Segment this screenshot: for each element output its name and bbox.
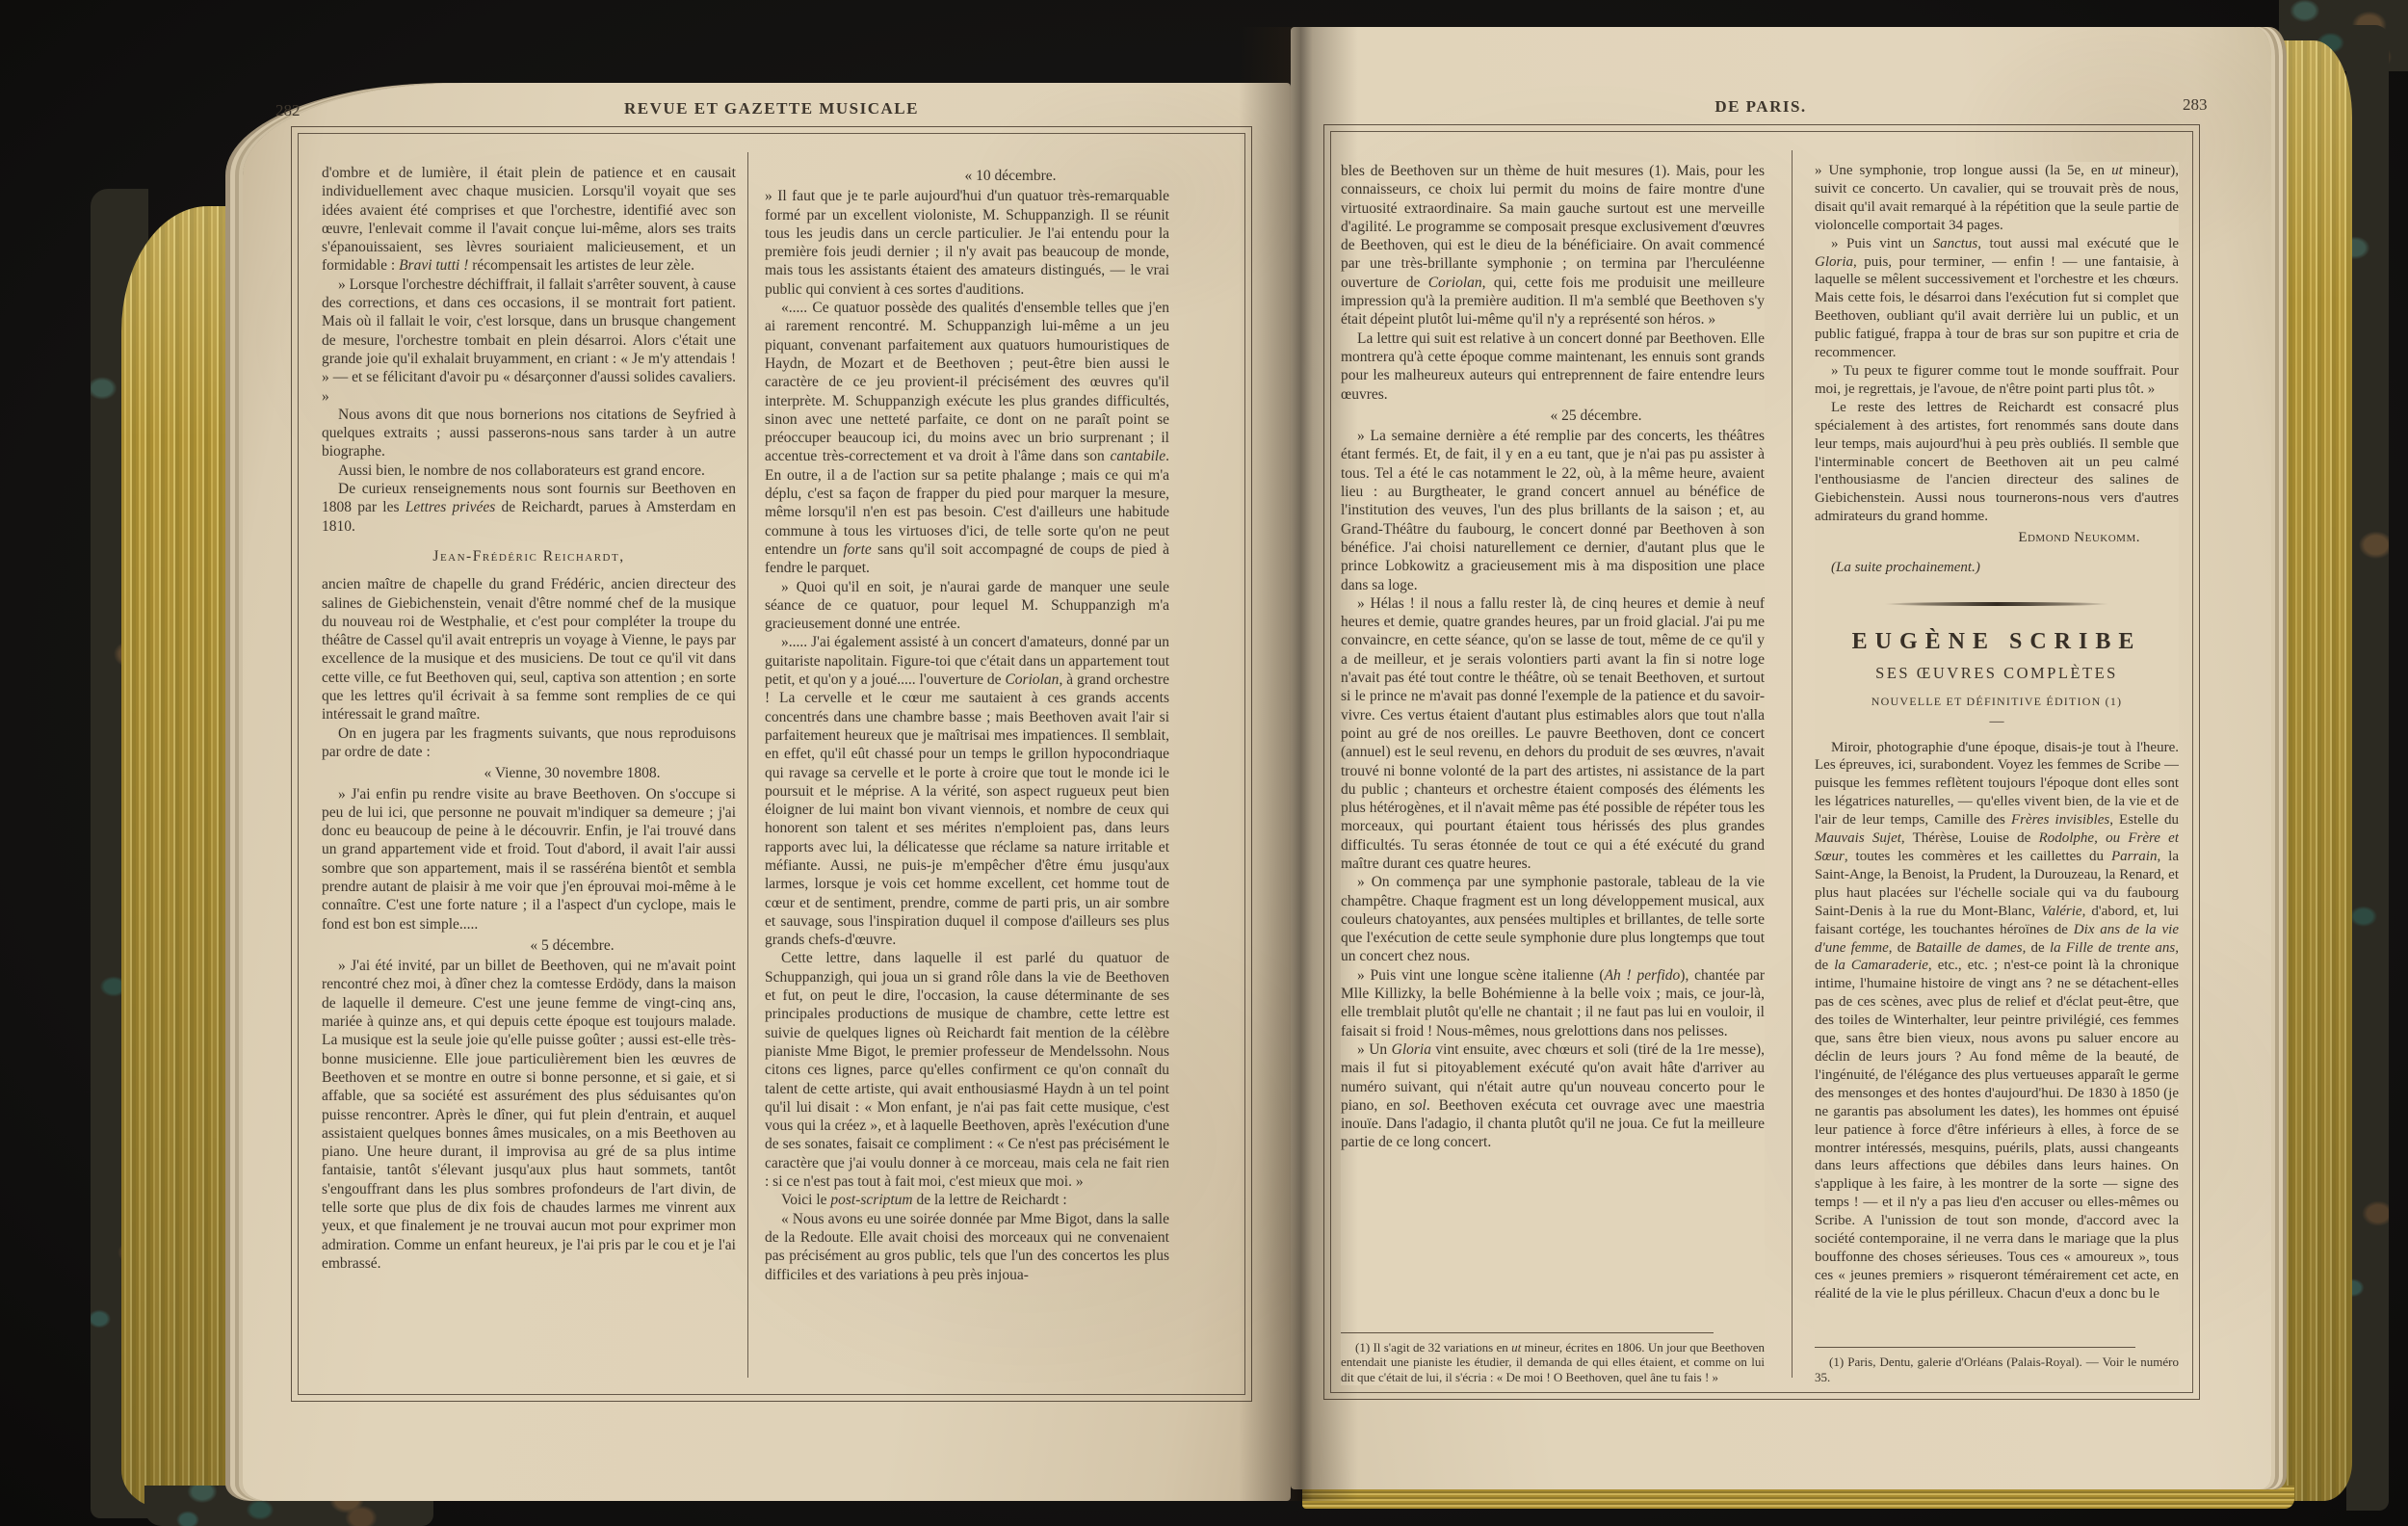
article-title: EUGÈNE SCRIBE bbox=[1815, 633, 2179, 651]
paragraph: » La semaine dernière a été remplie par … bbox=[1341, 427, 1765, 594]
paragraph: » Puis vint un Sanctus, tout aussi mal e… bbox=[1815, 235, 2179, 362]
paragraph: «..... Ce quatuor possède des qualités d… bbox=[765, 299, 1169, 577]
paragraph: ancien maître de chapelle du grand Frédé… bbox=[322, 575, 736, 724]
right-page-number: 283 bbox=[2183, 95, 2208, 115]
left-page-column-2: « 10 décembre.» Il faut que je te parle … bbox=[765, 164, 1169, 1385]
paragraph: La lettre qui suit est relative à un con… bbox=[1341, 329, 1765, 404]
gilt-page-edges-right bbox=[2264, 40, 2352, 1501]
paragraph: d'ombre et de lumière, il était plein de… bbox=[322, 164, 736, 276]
right-page-column-2: » Une symphonie, trop longue aussi (la 5… bbox=[1815, 162, 2179, 1385]
paragraph: Cette lettre, dans laquelle il est parlé… bbox=[765, 949, 1169, 1191]
paragraph: NOUVELLE ET DÉFINITIVE ÉDITION (1) bbox=[1815, 693, 2179, 711]
section-divider-rule bbox=[1884, 602, 2109, 606]
paragraph: » Tu peux te figurer comme tout le monde… bbox=[1815, 362, 2179, 399]
left-page-column-1: d'ombre et de lumière, il était plein de… bbox=[322, 164, 736, 1385]
paragraph: Aussi bien, le nombre de nos collaborate… bbox=[322, 461, 736, 480]
section-heading: Jean-Frédéric Reichardt, bbox=[322, 547, 736, 566]
letter-dateline: « 25 décembre. bbox=[1341, 407, 1765, 425]
letter-dateline: « Vienne, 30 novembre 1808. bbox=[322, 764, 736, 782]
paragraph: Le reste des lettres de Reichardt est co… bbox=[1815, 399, 2179, 526]
paragraph: (La suite prochainement.) bbox=[1815, 559, 2179, 577]
right-column-divider-rule bbox=[1792, 150, 1793, 1378]
paragraph: Voici le post-scriptum de la lettre de R… bbox=[765, 1191, 1169, 1209]
marbled-cover-right-edge bbox=[2346, 25, 2389, 1511]
footnote-separator-rule bbox=[1815, 1347, 2135, 1348]
paragraph: » Une symphonie, trop longue aussi (la 5… bbox=[1815, 162, 2179, 235]
paragraph: » J'ai été invité, par un billet de Beet… bbox=[322, 957, 736, 1273]
paragraph: On en jugera par les fragments suivants,… bbox=[322, 724, 736, 762]
paragraph: »..... J'ai également assisté à un conce… bbox=[765, 633, 1169, 949]
right-running-head: DE PARIS. bbox=[1323, 97, 2198, 117]
paragraph: » On commença par une symphonie pastoral… bbox=[1341, 873, 1765, 965]
paragraph: » Quoi qu'il en soit, je n'aurai garde d… bbox=[765, 578, 1169, 634]
letter-dateline: « 10 décembre. bbox=[765, 167, 1169, 185]
footnote: (1) Paris, Dentu, galerie d'Orléans (Pal… bbox=[1815, 1355, 2179, 1385]
letter-dateline: « 5 décembre. bbox=[322, 936, 736, 955]
book-scan-scene: 282 REVUE ET GAZETTE MUSICALE d'ombre et… bbox=[0, 0, 2408, 1526]
paragraph: Nous avons dit que nous bornerions nos c… bbox=[322, 406, 736, 461]
paragraph: bles de Beethoven sur un thème de huit m… bbox=[1341, 162, 1765, 329]
paragraph: » J'ai enfin pu rendre visite au brave B… bbox=[322, 785, 736, 934]
paragraph: » Hélas ! il nous a fallu rester là, de … bbox=[1341, 594, 1765, 873]
paragraph: » Puis vint une longue scène italienne (… bbox=[1341, 966, 1765, 1040]
paragraph: De curieux renseignements nous sont four… bbox=[322, 480, 736, 536]
paragraph: SES ŒUVRES COMPLÈTES bbox=[1815, 665, 2179, 683]
paragraph: » Il faut que je te parle aujourd'hui d'… bbox=[765, 187, 1169, 299]
footnote-block: (1) Paris, Dentu, galerie d'Orléans (Pal… bbox=[1815, 1345, 2179, 1385]
footnote-block: (1) Il s'agit de 32 variations en ut min… bbox=[1341, 1330, 1765, 1385]
left-running-head: REVUE ET GAZETTE MUSICALE bbox=[291, 99, 1252, 118]
paragraph: Miroir, photographie d'une époque, disai… bbox=[1815, 739, 2179, 1303]
paragraph: « Nous avons eu une soirée donnée par Mm… bbox=[765, 1210, 1169, 1284]
paragraph: — bbox=[1815, 713, 2179, 731]
paragraph: » Lorsque l'orchestre déchiffrait, il fa… bbox=[322, 276, 736, 406]
author-signature: Edmond Neukomm. bbox=[1815, 529, 2179, 547]
right-page-column-1: bles de Beethoven sur un thème de huit m… bbox=[1341, 162, 1765, 1385]
paragraph: » Un Gloria vint ensuite, avec chœurs et… bbox=[1341, 1040, 1765, 1152]
left-column-divider-rule bbox=[747, 152, 748, 1378]
footnote-separator-rule bbox=[1341, 1332, 1714, 1333]
footnote: (1) Il s'agit de 32 variations en ut min… bbox=[1341, 1340, 1765, 1385]
